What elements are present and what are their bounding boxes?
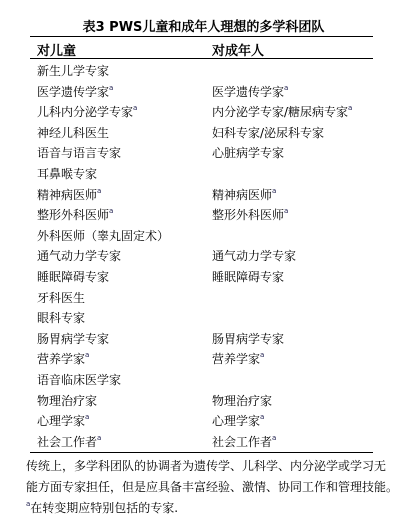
cell-children: 社会工作者a (37, 432, 101, 452)
table-row: 牙科医生 (0, 288, 407, 308)
cell-text: 通气动力学专家 (212, 249, 296, 263)
table-row: 通气动力学专家通气动力学专家 (0, 246, 407, 266)
footnote-marker: a (97, 434, 101, 442)
footnote-marker: a (85, 413, 89, 421)
cell-text: 内分泌学专家/糖尿病专家 (212, 105, 348, 119)
cell-text: 睡眠障碍专家 (37, 270, 109, 284)
cell-text: 神经儿科医生 (37, 126, 109, 140)
cell-text: 牙科医生 (37, 291, 85, 305)
cell-text: 心理学家 (212, 414, 260, 428)
cell-text: 物理治疗家 (37, 394, 97, 408)
cell-adults: 通气动力学专家 (212, 246, 296, 266)
footnote: a在转变期应特别包括的专家. (26, 498, 178, 518)
cell-adults: 肠胃病学专家 (212, 329, 284, 349)
cell-children: 外科医师（睾丸固定术） (37, 226, 169, 246)
footnote-marker: a (284, 84, 288, 92)
table-title: 表3 PWS儿童和成年人理想的多学科团队 (0, 16, 407, 35)
cell-text: 医学遗传学家 (37, 85, 109, 99)
cell-text: 社会工作者 (37, 435, 97, 449)
cell-text: 心理学家 (37, 414, 85, 428)
cell-text: 物理治疗家 (212, 394, 272, 408)
footnote-marker: a (272, 434, 276, 442)
footnote-text: 在转变期应特别包括的专家. (30, 501, 178, 515)
cell-adults: 心脏病学专家 (212, 143, 284, 163)
cell-text: 妇科专家/泌尿科专家 (212, 126, 324, 140)
table-row: 精神病医师a精神病医师a (0, 185, 407, 205)
cell-text: 外科医师（睾丸固定术） (37, 229, 169, 243)
cell-text: 营养学家 (37, 352, 85, 366)
cell-adults: 物理治疗家 (212, 391, 272, 411)
cell-children: 精神病医师a (37, 185, 101, 205)
cell-children: 通气动力学专家 (37, 246, 121, 266)
cell-text: 新生儿学专家 (37, 64, 109, 78)
footnote-marker: a (109, 84, 113, 92)
table-row: 整形外科医师a整形外科医师a (0, 205, 407, 225)
footnote-marker: a (133, 104, 137, 112)
cell-text: 营养学家 (212, 352, 260, 366)
cell-text: 通气动力学专家 (37, 249, 121, 263)
footnote-marker: a (85, 351, 89, 359)
cell-text: 心脏病学专家 (212, 146, 284, 160)
cell-text: 眼科专家 (37, 311, 85, 325)
cell-children: 营养学家a (37, 349, 89, 369)
cell-text: 语音与语言专家 (37, 146, 121, 160)
cell-adults: 整形外科医师a (212, 205, 288, 225)
cell-children: 语音与语言专家 (37, 143, 121, 163)
table-row: 耳鼻喉专家 (0, 164, 407, 184)
cell-adults: 医学遗传学家a (212, 82, 288, 102)
cell-children: 肠胃病学专家 (37, 329, 109, 349)
table-row: 社会工作者a社会工作者a (0, 432, 407, 452)
cell-children: 整形外科医师a (37, 205, 113, 225)
cell-text: 耳鼻喉专家 (37, 167, 97, 181)
cell-text: 整形外科医师 (212, 208, 284, 222)
footnote-marker: a (272, 187, 276, 195)
cell-children: 神经儿科医生 (37, 123, 109, 143)
table-row: 语音与语言专家心脏病学专家 (0, 143, 407, 163)
header-adults: 对成年人 (212, 40, 264, 59)
table-row: 心理学家a心理学家a (0, 411, 407, 431)
footnote-marker: a (260, 413, 264, 421)
cell-adults: 精神病医师a (212, 185, 276, 205)
table-row: 眼科专家 (0, 308, 407, 328)
cell-children: 心理学家a (37, 411, 89, 431)
footnote-marker: a (284, 207, 288, 215)
cell-text: 儿科内分泌学专家 (37, 105, 133, 119)
table-row: 神经儿科医生妇科专家/泌尿科专家 (0, 123, 407, 143)
table-row: 肠胃病学专家肠胃病学专家 (0, 329, 407, 349)
footnote-marker: a (260, 351, 264, 359)
table-row: 语音临床医学家 (0, 370, 407, 390)
cell-text: 医学遗传学家 (212, 85, 284, 99)
table-row: 睡眠障碍专家睡眠障碍专家 (0, 267, 407, 287)
cell-children: 语音临床医学家 (37, 370, 121, 390)
cell-children: 牙科医生 (37, 288, 85, 308)
note-line-2: 能方面专家担任，但是应具备丰富经验、激情、协同工作和管理技能。 (26, 477, 398, 497)
cell-children: 医学遗传学家a (37, 82, 113, 102)
cell-adults: 营养学家a (212, 349, 264, 369)
cell-text: 肠胃病学专家 (37, 332, 109, 346)
cell-text: 肠胃病学专家 (212, 332, 284, 346)
cell-text: 精神病医师 (212, 188, 272, 202)
cell-adults: 心理学家a (212, 411, 264, 431)
cell-adults: 睡眠障碍专家 (212, 267, 284, 287)
cell-children: 物理治疗家 (37, 391, 97, 411)
table-row: 物理治疗家物理治疗家 (0, 391, 407, 411)
cell-text: 睡眠障碍专家 (212, 270, 284, 284)
table-row: 营养学家a营养学家a (0, 349, 407, 369)
cell-children: 儿科内分泌学专家a (37, 102, 137, 122)
note-line-1: 传统上，多学科团队的协调者为遗传学、儿科学、内分泌学或学习无 (26, 456, 386, 476)
table-row: 儿科内分泌学专家a内分泌学专家/糖尿病专家a (0, 102, 407, 122)
cell-text: 整形外科医师 (37, 208, 109, 222)
bottom-rule (30, 452, 373, 453)
cell-children: 耳鼻喉专家 (37, 164, 97, 184)
table-row: 新生儿学专家 (0, 61, 407, 81)
cell-text: 社会工作者 (212, 435, 272, 449)
top-rule (30, 36, 373, 37)
cell-text: 语音临床医学家 (37, 373, 121, 387)
footnote-marker: a (348, 104, 352, 112)
header-children: 对儿童 (37, 40, 76, 59)
cell-children: 眼科专家 (37, 308, 85, 328)
table-row: 外科医师（睾丸固定术） (0, 226, 407, 246)
cell-adults: 妇科专家/泌尿科专家 (212, 123, 324, 143)
header-rule (30, 58, 373, 59)
cell-children: 睡眠障碍专家 (37, 267, 109, 287)
footnote-marker: a (97, 187, 101, 195)
cell-adults: 内分泌学专家/糖尿病专家a (212, 102, 352, 122)
footnote-marker: a (109, 207, 113, 215)
cell-children: 新生儿学专家 (37, 61, 109, 81)
table-row: 医学遗传学家a医学遗传学家a (0, 82, 407, 102)
cell-adults: 社会工作者a (212, 432, 276, 452)
cell-text: 精神病医师 (37, 188, 97, 202)
